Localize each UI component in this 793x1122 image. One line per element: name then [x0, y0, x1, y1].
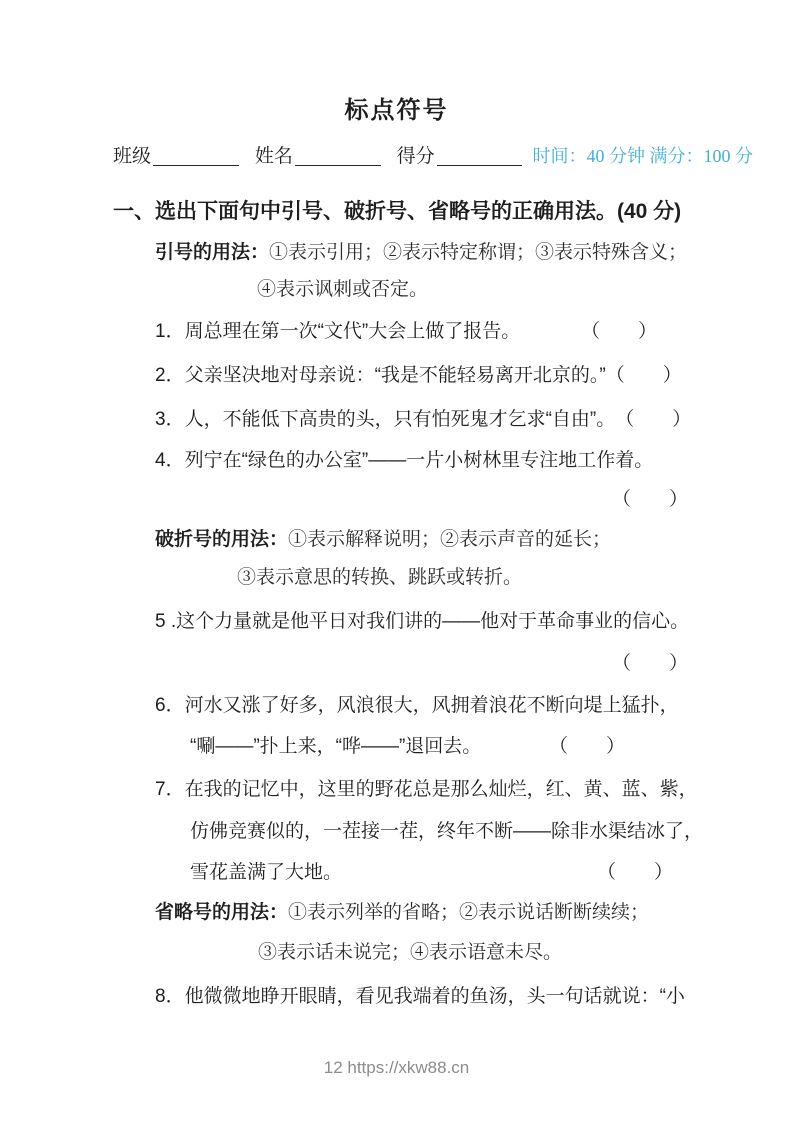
question-6-answer-blank: （ ）: [549, 731, 625, 758]
question-6-text-line1: 6．河水又涨了好多，风浪很大，风拥着浪花不断向堤上猛扑，: [155, 690, 679, 717]
question-5-text: 5 .这个力量就是他平日对我们讲的——他对于革命事业的信心。: [155, 606, 689, 633]
time-score-note: 时间：40 分钟 满分：100 分: [532, 142, 753, 168]
ellipsis-usage-label: 省略号的用法：: [155, 902, 288, 923]
class-label: 班级: [113, 141, 151, 168]
question-6-line2: “唰——”扑上来，“哗——”退回去。 （ ）: [190, 731, 625, 758]
ellipsis-usage-text: ①表示列举的省略；②表示说话断断续续；: [288, 902, 649, 923]
question-7-line2: 仿佛竞赛似的，一茬接一茬，终年不断——除非水渠结冰了，: [190, 816, 710, 843]
question-5-answer-blank: （ ）: [612, 648, 688, 675]
question-7-text-line1: 7．在我的记忆中，这里的野花总是那么灿烂，红、黄、蓝、紫，: [155, 774, 698, 801]
quote-usage-text: ①表示引用；②表示特定称谓；③表示特殊含义；: [269, 242, 687, 263]
question-2: 2．父亲坚决地对母亲说：“我是不能轻易离开北京的。” （ ）: [155, 360, 675, 387]
name-blank-line: [295, 145, 381, 166]
class-blank-line: [153, 145, 239, 166]
question-3-answer-blank: （ ）: [615, 404, 691, 431]
question-1-answer-blank: （ ）: [581, 316, 657, 343]
question-8: 8．他微微地睁开眼睛，看见我端着的鱼汤，头一句话就说：“小: [155, 981, 675, 1008]
dash-usage-label: 破折号的用法：: [155, 529, 288, 550]
question-3: 3．人，不能低下高贵的头，只有怕死鬼才乞求“自由”。 （ ）: [155, 404, 675, 431]
question-6-line1: 6．河水又涨了好多，风浪很大，风拥着浪花不断向堤上猛扑，: [155, 690, 675, 717]
score-label: 得分: [397, 141, 435, 168]
question-2-answer-blank: （ ）: [606, 360, 682, 387]
ellipsis-usage-line2: ③表示话未说完；④表示语意未尽。: [258, 937, 562, 964]
dash-usage-line1: 破折号的用法：①表示解释说明；②表示声音的延长；: [155, 524, 611, 551]
question-4-text: 4．列宁在“绿色的办公室”——一片小树林里专注地工作着。: [155, 445, 653, 472]
question-2-text: 2．父亲坚决地对母亲说：“我是不能轻易离开北京的。”: [155, 360, 606, 387]
dash-usage-text: ①表示解释说明；②表示声音的延长；: [288, 529, 611, 550]
page-title: 标点符号: [0, 90, 793, 125]
dash-usage-line2: ③表示意思的转换、跳跃或转折。: [237, 562, 522, 589]
quote-usage-label: 引号的用法：: [155, 242, 269, 263]
question-8-text: 8．他微微地睁开眼睛，看见我端着的鱼汤，头一句话就说：“小: [155, 981, 685, 1008]
quote-usage-line1: 引号的用法：①表示引用；②表示特定称谓；③表示特殊含义；: [155, 237, 687, 264]
question-4-answer-blank: （ ）: [612, 484, 688, 511]
question-7-answer-blank: （ ）: [597, 857, 673, 884]
question-7-line1: 7．在我的记忆中，这里的野花总是那么灿烂，红、黄、蓝、紫，: [155, 774, 675, 801]
worksheet-page: 标点符号 班级 姓名 得分 时间：40 分钟 满分：100 分 一、选出下面句中…: [0, 0, 793, 1122]
question-4: 4．列宁在“绿色的办公室”——一片小树林里专注地工作着。: [155, 445, 675, 472]
quote-usage-line2: ④表示讽刺或否定。: [257, 274, 428, 301]
question-3-text: 3．人，不能低下高贵的头，只有怕死鬼才乞求“自由”。: [155, 404, 615, 431]
question-1: 1．周总理在第一次“文代”大会上做了报告。 （ ）: [155, 316, 675, 343]
question-7-text-line3: 雪花盖满了大地。: [190, 857, 342, 884]
question-6-text-line2: “唰——”扑上来，“哗——”退回去。: [190, 731, 481, 758]
exam-header: 班级 姓名 得分 时间：40 分钟 满分：100 分: [113, 141, 753, 168]
question-7-line3: 雪花盖满了大地。 （ ）: [190, 857, 673, 884]
name-label: 姓名: [255, 141, 293, 168]
footer-page-number-url: 12 https://xkw88.cn: [0, 1058, 793, 1078]
ellipsis-usage-line1: 省略号的用法：①表示列举的省略；②表示说话断断续续；: [155, 897, 649, 924]
question-1-text: 1．周总理在第一次“文代”大会上做了报告。: [155, 316, 520, 343]
score-blank-line: [437, 145, 523, 166]
question-7-text-line2: 仿佛竞赛似的，一茬接一茬，终年不断——除非水渠结冰了，: [190, 816, 703, 843]
question-5: 5 .这个力量就是他平日对我们讲的——他对于革命事业的信心。: [155, 606, 675, 633]
section-one-heading: 一、选出下面句中引号、破折号、省略号的正确用法。(40 分): [113, 195, 681, 225]
